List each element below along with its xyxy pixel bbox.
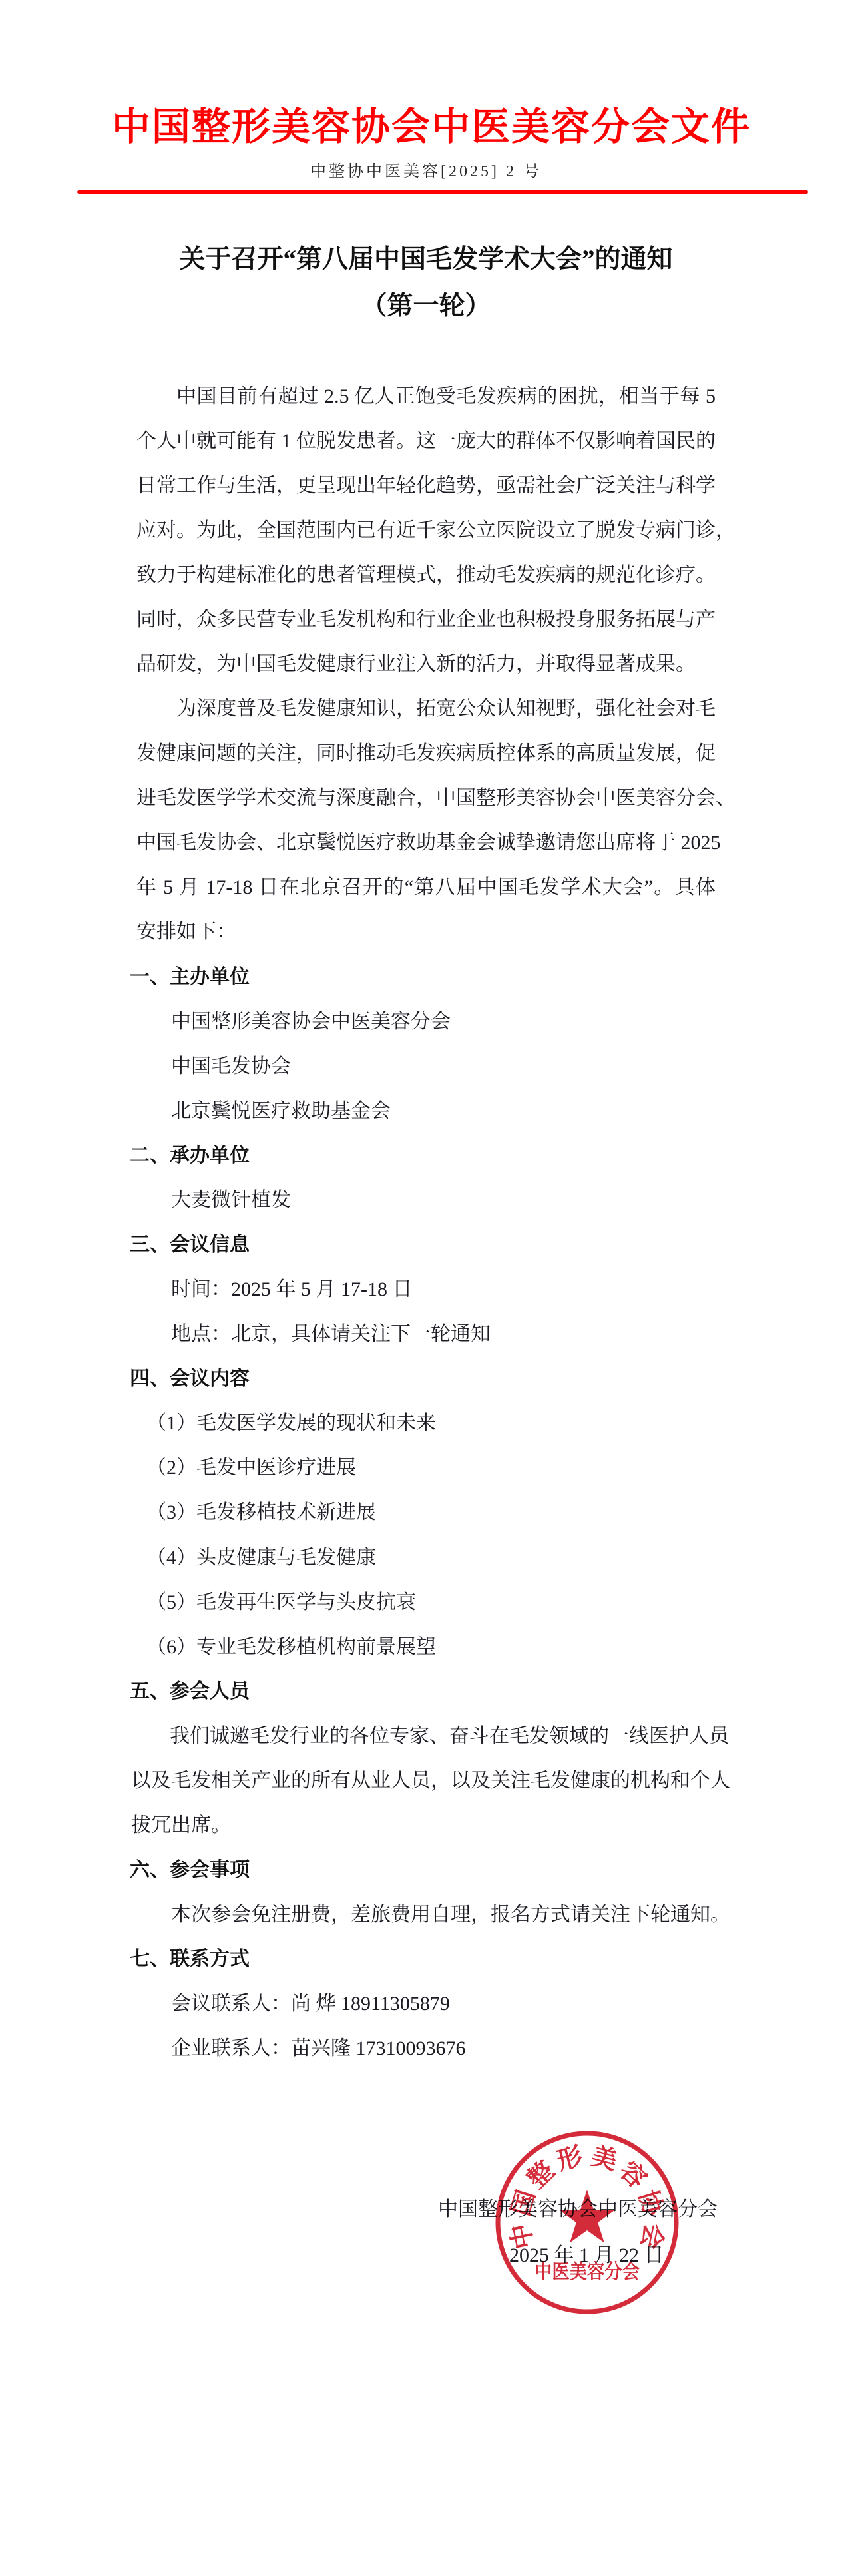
section-heading: 六、参会事项 <box>130 1848 852 1892</box>
paragraph-line: 进毛发医学学术交流与深度融合，中国整形美容协会中医美容分会、 <box>136 776 716 820</box>
section-attendance-notes: 六、参会事项 本次参会免注册费，差旅费用自理，报名方式请关注下轮通知。 <box>0 1848 852 1937</box>
intro-paragraph-2: 为深度普及毛发健康知识，拓宽公众认知视野，强化社会对毛 发健康问题的关注，同时推… <box>0 686 852 954</box>
notice-title: 关于召开“第八届中国毛发学术大会”的通知 <box>0 245 852 274</box>
paragraph-line: 拔冗出席。 <box>131 1803 724 1848</box>
notice-round: （第一轮） <box>0 292 852 321</box>
section-heading: 三、会议信息 <box>130 1222 852 1267</box>
section-item: 大麦微针植发 <box>171 1178 852 1222</box>
paragraph-line: 我们诚邀毛发行业的各位专家、奋斗在毛发领域的一线医护人员 <box>170 1714 724 1758</box>
star-icon <box>559 2190 615 2243</box>
paragraph-line: 应对。为此，全国范围内已有近千家公立医院设立了脱发专病门诊， <box>136 508 716 553</box>
section-item: 中国整形美容协会中医美容分会 <box>171 999 852 1044</box>
document-body: 中国目前有超过 2.5 亿人正饱受毛发疾病的困扰，相当于每 5 个人中就可能有 … <box>0 374 852 2071</box>
section-item: 北京鬓悦医疗救助基金会 <box>171 1089 852 1133</box>
section-heading: 四、会议内容 <box>130 1356 852 1401</box>
paragraph-line: 以及毛发相关产业的所有从业人员，以及关注毛发健康的机构和个人 <box>131 1758 724 1803</box>
seal-bottom-text: 中医美容分会 <box>534 2261 640 2283</box>
seal-arc-char: 中 <box>507 2221 539 2252</box>
paragraph-line: 中国毛发协会、北京鬓悦医疗救助基金会诚挚邀请您出席将于 2025 <box>136 820 716 865</box>
meeting-location: 地点：北京，具体请关注下一轮通知 <box>171 1312 852 1356</box>
topic-item: （1）毛发医学发展的现状和未来 <box>146 1401 852 1445</box>
seal-arc-char: 整 <box>523 2156 560 2194</box>
document-number: 中整协中医美容[2025] 2 号 <box>0 162 852 181</box>
official-seal: 中 国 整 形 美 容 协 会 中医美容分会 <box>491 2126 684 2319</box>
meeting-time: 时间：2025 年 5 月 17-18 日 <box>171 1267 852 1312</box>
topic-item: （4）头皮健康与毛发健康 <box>146 1535 852 1580</box>
paragraph-line: 同时，众多民营专业毛发机构和行业企业也积极投身服务拓展与产 <box>136 597 716 642</box>
paragraph-line: 日常工作与生活，更呈现出年轻化趋势，亟需社会广泛关注与科学 <box>136 463 716 508</box>
paragraph-line: 安排如下： <box>136 909 716 954</box>
seal-arc-char: 国 <box>507 2187 541 2220</box>
paragraph-line: 个人中就可能有 1 位脱发患者。这一庞大的群体不仅影响着国民的 <box>136 419 716 463</box>
paragraph-line: 品研发，为中国毛发健康行业注入新的活力，并取得显著成果。 <box>136 642 716 686</box>
section-heading: 五、参会人员 <box>130 1669 852 1714</box>
topic-item: （3）毛发移植技术新进展 <box>146 1490 852 1535</box>
section-heading: 一、主办单位 <box>130 955 852 999</box>
intro-paragraph-1: 中国目前有超过 2.5 亿人正饱受毛发疾病的困扰，相当于每 5 个人中就可能有 … <box>0 374 852 687</box>
letterhead-red-rule <box>77 190 808 194</box>
letterhead-title: 中国整形美容协会中医美容分会文件 <box>11 105 852 149</box>
seal-arc-char: 会 <box>635 2221 668 2252</box>
paragraph-line: 致力于构建标准化的患者管理模式，推动毛发疾病的规范化诊疗。 <box>136 553 716 597</box>
section-organizers: 一、主办单位 中国整形美容协会中医美容分会 中国毛发协会 北京鬓悦医疗救助基金会 <box>0 955 852 1133</box>
section-meeting-info: 三、会议信息 时间：2025 年 5 月 17-18 日 地点：北京，具体请关注… <box>0 1222 852 1356</box>
topic-item: （2）毛发中医诊疗进展 <box>146 1445 852 1490</box>
seal-arc-char: 美 <box>588 2142 620 2175</box>
topic-item: （6）专业毛发移植机构前景展望 <box>146 1625 852 1669</box>
section-attendees: 五、参会人员 我们诚邀毛发行业的各位专家、奋斗在毛发领域的一线医护人员 以及毛发… <box>0 1669 852 1848</box>
section-co-organizer: 二、承办单位 大麦微针植发 <box>0 1133 852 1222</box>
section-heading: 七、联系方式 <box>130 1937 852 1981</box>
paragraph-line: 年 5 月 17-18 日在北京召开的“第八届中国毛发学术大会”。具体 <box>136 865 716 909</box>
seal-arc-char: 容 <box>614 2156 652 2194</box>
meeting-contact: 会议联系人：尚 烨 18911305879 <box>171 1981 852 2026</box>
section-item: 本次参会免注册费，差旅费用自理，报名方式请关注下轮通知。 <box>171 1892 852 1937</box>
paragraph-line: 中国目前有超过 2.5 亿人正饱受毛发疾病的困扰，相当于每 5 <box>176 374 716 419</box>
company-contact: 企业联系人：苗兴隆 17310093676 <box>171 2026 852 2071</box>
seal-arc-char: 形 <box>554 2142 586 2175</box>
section-meeting-content: 四、会议内容 （1）毛发医学发展的现状和未来 （2）毛发中医诊疗进展 （3）毛发… <box>0 1356 852 1669</box>
topic-item: （5）毛发再生医学与头皮抗衰 <box>146 1580 852 1625</box>
paragraph-line: 为深度普及毛发健康知识，拓宽公众认知视野，强化社会对毛 <box>176 686 716 731</box>
paragraph-line: 发健康问题的关注，同时推动毛发疾病质控体系的高质量发展，促 <box>136 731 716 776</box>
section-heading: 二、承办单位 <box>130 1133 852 1178</box>
section-contacts: 七、联系方式 会议联系人：尚 烨 18911305879 企业联系人：苗兴隆 1… <box>0 1937 852 2071</box>
seal-arc-char: 协 <box>633 2187 668 2221</box>
section-item: 中国毛发协会 <box>171 1044 852 1089</box>
document-page: 中国整形美容协会中医美容分会文件 中整协中医美容[2025] 2 号 关于召开“… <box>0 0 852 2576</box>
